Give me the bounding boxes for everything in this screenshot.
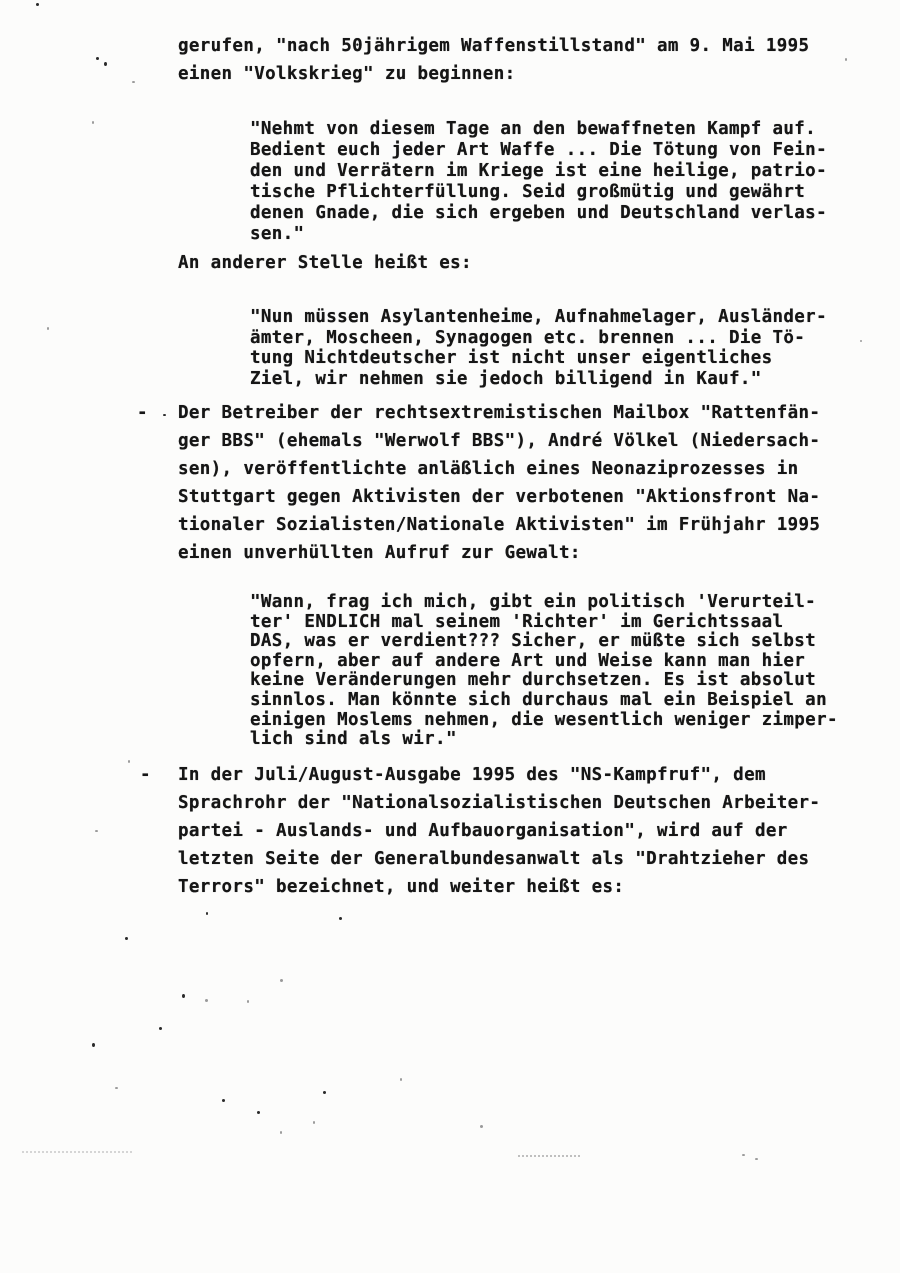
scan-speck <box>313 1121 315 1124</box>
scan-speck <box>400 1078 402 1081</box>
paragraph-intro: gerufen, "nach 50jährigem Waffenstillsta… <box>178 33 809 88</box>
blockquote-second: "Nun müssen Asylantenheime, Aufnahmelage… <box>250 307 827 389</box>
scan-speck <box>280 1131 282 1134</box>
scan-speck <box>159 1027 162 1030</box>
scan-speck <box>132 81 135 83</box>
bullet-dash: - <box>137 399 148 427</box>
scan-speck <box>845 58 847 61</box>
scan-speck <box>247 1000 249 1003</box>
scan-speck <box>257 1111 260 1114</box>
bullet-item-mailbox: Der Betreiber der rechtsextremistischen … <box>178 399 820 567</box>
scan-speck <box>104 62 107 66</box>
scan-speck <box>36 3 39 6</box>
scan-speck <box>125 937 128 940</box>
scan-speck <box>860 340 862 342</box>
scan-speck <box>742 1154 745 1156</box>
scan-speck <box>92 121 94 124</box>
scan-speck <box>115 1087 118 1089</box>
scan-speck <box>339 917 342 920</box>
scan-speck <box>205 999 208 1002</box>
scan-speck <box>92 1043 95 1047</box>
scan-speck <box>755 1158 758 1160</box>
scan-speck <box>222 1099 225 1102</box>
scan-streak <box>518 1155 580 1157</box>
bullet-item-ns-kampfruf: In der Juli/August-Ausgabe 1995 des "NS-… <box>178 761 820 901</box>
scan-speck <box>480 1125 483 1128</box>
scan-speck <box>280 979 283 982</box>
scan-speck <box>206 912 208 915</box>
blockquote-armed-struggle: "Nehmt von diesem Tage an den bewaffnete… <box>250 119 827 245</box>
scan-speck <box>323 1091 326 1094</box>
scan-speck <box>96 57 99 60</box>
scan-streak <box>22 1151 132 1153</box>
blockquote-third: "Wann, frag ich mich, gibt ein politisch… <box>250 593 838 750</box>
scan-speck <box>182 994 185 998</box>
scan-speck <box>128 760 130 763</box>
scanned-document-page: gerufen, "nach 50jährigem Waffenstillsta… <box>0 0 900 1273</box>
scan-speck <box>163 414 166 416</box>
scan-speck <box>95 830 98 832</box>
paragraph-transition: An anderer Stelle heißt es: <box>178 250 472 278</box>
bullet-dash: - <box>140 761 151 789</box>
scan-speck <box>47 327 49 330</box>
